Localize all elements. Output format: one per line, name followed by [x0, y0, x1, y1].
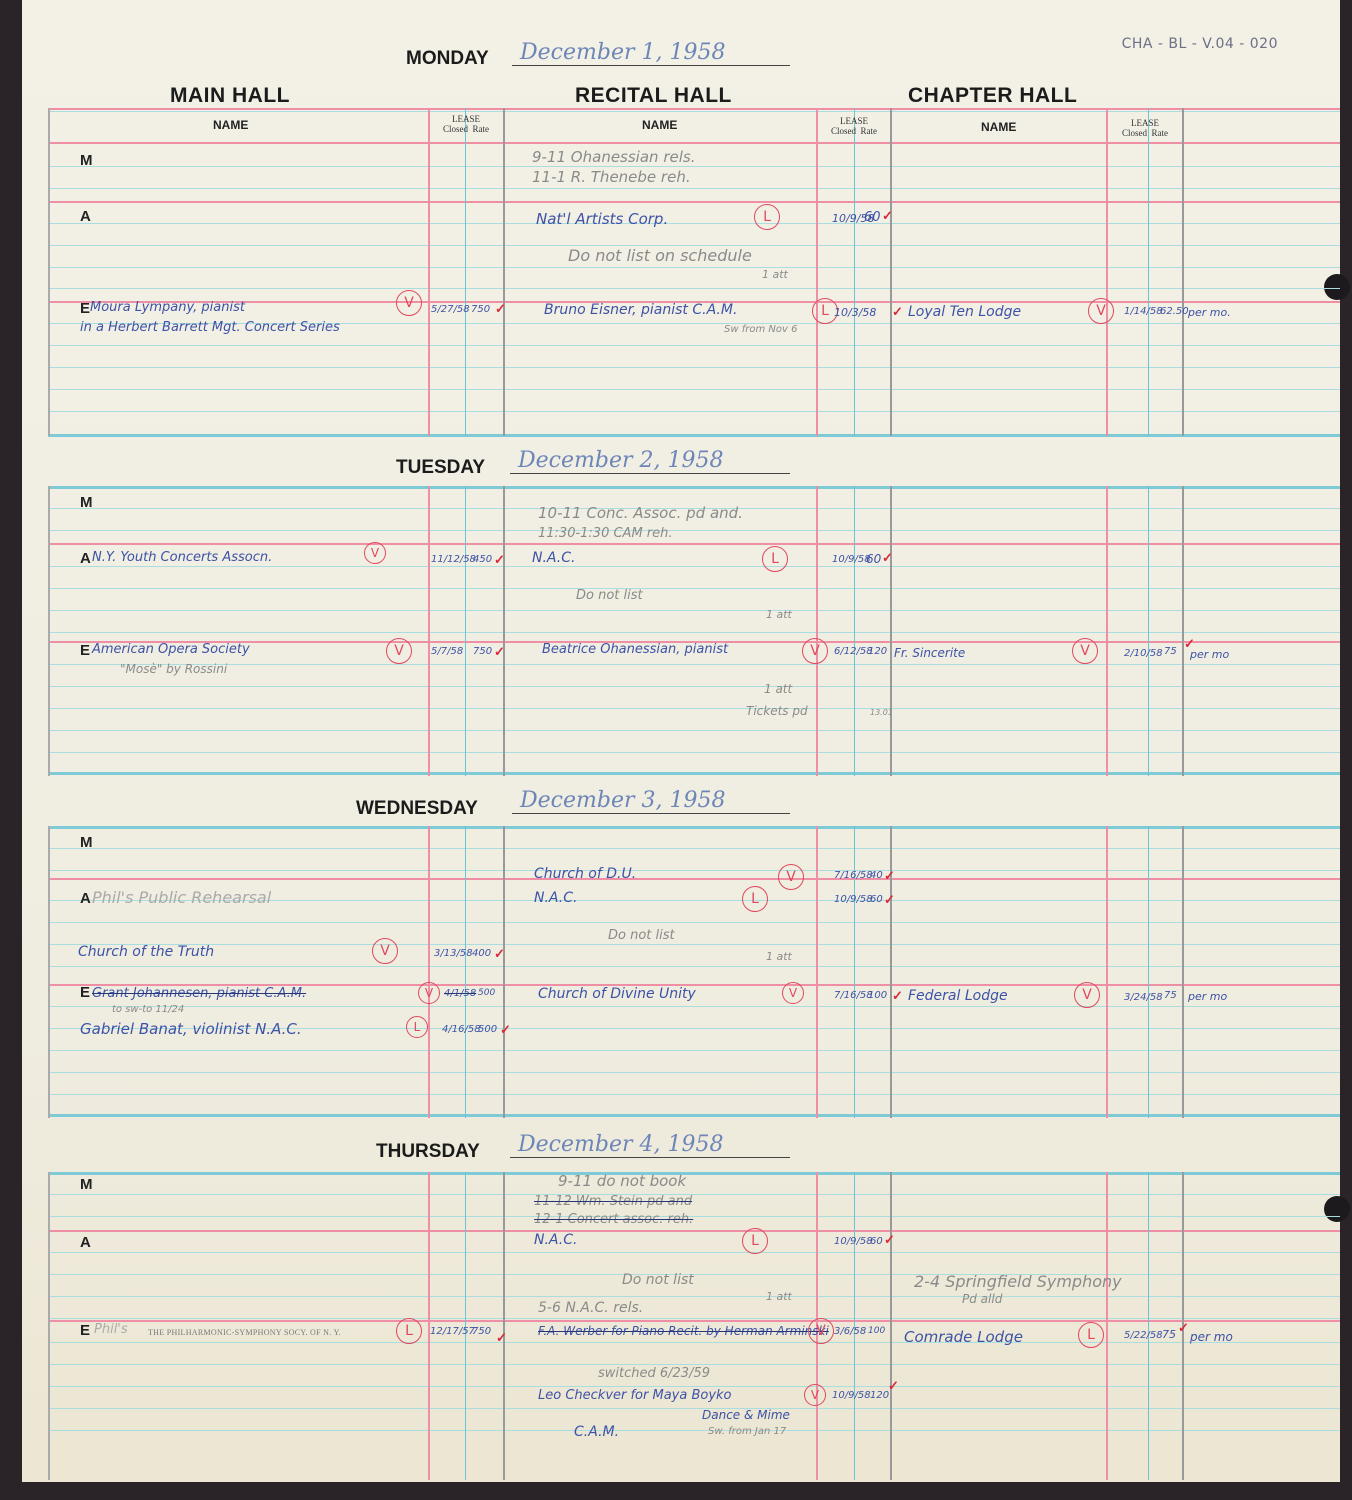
check-mark-icon: L [1078, 1322, 1104, 1348]
booking-name: Leo Checkver for Maya Boyko [538, 1388, 732, 1403]
booking-subtitle: Dance & Mime [702, 1408, 790, 1422]
day-date: December 2, 1958 [510, 448, 790, 474]
recital-hall-heading: RECITAL HALL [575, 84, 732, 108]
lease-rate: 60 [866, 552, 881, 566]
attendant-note: 1 att [762, 268, 788, 281]
booking-note: Pd alld [962, 1292, 1002, 1306]
check-mark-icon: V [396, 290, 422, 316]
lease-closed: 2/10/58 [1124, 648, 1163, 659]
lease-header: LEASEClosed Rate [1110, 118, 1180, 138]
lease-closed: 7/16/58 [834, 870, 873, 881]
lease-rate: 750 [473, 646, 492, 657]
lease-rate: 75 [1164, 646, 1177, 657]
booking-name: Fr. Sincerite [894, 646, 965, 660]
lease-rate: 75 [1164, 990, 1177, 1001]
row-label-evening: E [80, 1322, 90, 1339]
check-mark-icon: V [418, 982, 440, 1004]
lease-header: LEASEClosed Rate [431, 114, 501, 134]
booking-name: American Opera Society [92, 642, 250, 657]
rate-period: per mo. [1188, 306, 1231, 319]
booking-note: in a Herbert Barrett Mgt. Concert Series [80, 320, 340, 335]
booking-name: Loyal Ten Lodge [908, 304, 1021, 320]
tick-icon: ✓ [892, 304, 903, 320]
tick-icon: ✓ [884, 868, 895, 884]
day-section-tuesday: M A E N.Y. Youth Concerts Assocn. V 11/1… [48, 486, 1340, 776]
row-label-morning: M [80, 1176, 93, 1193]
schedule-note-struck: 11-12 Wm. Stein pd and [534, 1194, 692, 1209]
booking-name: Church of the Truth [78, 944, 214, 960]
lease-closed: 12/17/57 [430, 1326, 475, 1337]
check-mark-icon: V [782, 982, 804, 1004]
schedule-note: 9-11 do not book [558, 1172, 686, 1190]
check-mark-icon: L [742, 1228, 768, 1254]
row-label-morning: M [80, 494, 93, 511]
check-mark-icon: L [396, 1318, 422, 1344]
tick-icon: ✓ [888, 1378, 899, 1394]
lease-closed: 6/12/58 [834, 646, 873, 657]
booking-name: Gabriel Banat, violinist N.A.C. [80, 1020, 302, 1038]
booking-note: Do not list [622, 1272, 694, 1288]
booking-note: Sw. from Jan 17 [708, 1426, 786, 1437]
booking-note: "Mosè" by Rossini [120, 662, 227, 676]
lease-rate: 60 [864, 210, 881, 225]
booking-name: N.A.C. [532, 550, 575, 566]
check-mark-icon: V [1072, 638, 1098, 664]
lease-closed: 1/14/58 [1124, 306, 1163, 317]
lease-closed: 11/12/58 [431, 554, 476, 565]
check-mark-icon: L [406, 1016, 428, 1038]
row-label-evening: E [80, 984, 90, 1001]
main-hall-heading: MAIN HALL [170, 84, 290, 108]
booking-name: Bruno Eisner, pianist C.A.M. [544, 302, 737, 318]
lease-closed: 10/9/58 [832, 1390, 871, 1401]
check-mark-icon: V [808, 1318, 834, 1344]
booking-note: switched 6/23/59 [598, 1366, 710, 1381]
lease-rate: 75 [1162, 1328, 1176, 1341]
lease-rate: 450 [473, 554, 492, 565]
booking-org: C.A.M. [574, 1424, 619, 1440]
lease-closed: 3/13/58 [434, 948, 473, 959]
check-mark-icon: V [364, 542, 386, 564]
tick-icon: ✓ [496, 1330, 507, 1346]
check-mark-icon: L [754, 204, 780, 230]
booking-note: Sw from Nov 6 [724, 324, 797, 335]
booking-note: Do not list on schedule [568, 246, 752, 265]
lease-header: LEASEClosed Rate [819, 116, 889, 136]
booking-name: 2-4 Springfield Symphony [914, 1272, 1122, 1291]
booking-name: Phil's [94, 1322, 128, 1337]
lease-closed: 3/6/58 [834, 1326, 866, 1337]
booking-name: Nat'l Artists Corp. [536, 210, 668, 228]
booking-note: to sw-to 11/24 [112, 1004, 184, 1015]
row-label-afternoon: A [80, 890, 91, 907]
booking-note: Do not list [576, 588, 643, 603]
booking-note: Do not list [608, 928, 675, 943]
lease-rate: 100 [868, 1326, 885, 1336]
check-mark-icon: V [1088, 298, 1114, 324]
column-header-name: NAME [642, 118, 677, 132]
row-label-afternoon: A [80, 208, 91, 225]
lease-rate: 500 [478, 1024, 497, 1035]
lease-rate: 750 [471, 304, 490, 315]
day-section-monday: NAME LEASEClosed Rate NAME LEASEClosed R… [48, 108, 1340, 436]
booking-name: Moura Lympany, pianist [90, 300, 245, 315]
column-header-name: NAME [213, 118, 248, 132]
day-label: THURSDAY [376, 1141, 480, 1163]
booking-name-struck: Grant Johannesen, pianist C.A.M. [92, 986, 306, 1001]
row-label-afternoon: A [80, 1234, 91, 1251]
check-mark-icon: V [372, 938, 398, 964]
tick-icon: ✓ [884, 1232, 895, 1248]
tick-icon: ✓ [500, 1022, 511, 1038]
tick-icon: ✓ [884, 892, 895, 908]
lease-closed: 10/9/58 [832, 554, 871, 565]
check-mark-icon: V [778, 864, 804, 890]
row-label-evening: E [80, 300, 90, 317]
day-date: December 4, 1958 [510, 1132, 790, 1158]
lease-closed: 10/9/58 [834, 1236, 873, 1247]
booking-name: Federal Lodge [908, 988, 1008, 1004]
check-mark-icon: V [804, 1384, 826, 1406]
booking-name: N.A.C. [534, 890, 577, 906]
day-date: December 1, 1958 [512, 40, 790, 66]
booking-name: Phil's Public Rehearsal [92, 888, 271, 907]
day-label: WEDNESDAY [356, 798, 478, 820]
lease-closed: 10/3/58 [834, 306, 876, 319]
column-header-name: NAME [981, 120, 1016, 134]
day-section-wednesday: M A E Phil's Public Rehearsal Church of … [48, 826, 1340, 1118]
lease-rate: 500 [478, 988, 495, 998]
lease-closed: 5/22/58 [1124, 1330, 1163, 1341]
day-label: TUESDAY [396, 457, 485, 479]
row-label-afternoon: A [80, 550, 91, 567]
day-section-thursday: M A E Phil's THE PHILHARMONIC-SYMPHONY S… [48, 1172, 1340, 1480]
lease-closed: 10/9/58 [834, 894, 873, 905]
booking-name: N.A.C. [534, 1232, 577, 1248]
row-label-morning: M [80, 834, 93, 851]
lease-closed: 4/16/58 [442, 1024, 481, 1035]
row-label-evening: E [80, 642, 90, 659]
tick-icon: ✓ [495, 301, 506, 317]
lease-rate: 120 [870, 1390, 889, 1401]
chapter-hall-heading: CHAPTER HALL [908, 84, 1077, 108]
booking-name: Comrade Lodge [904, 1328, 1023, 1346]
lease-closed: 4/1/58 [444, 988, 476, 999]
tick-icon: ✓ [882, 550, 893, 566]
check-mark-icon: V [1074, 982, 1100, 1008]
booking-name: Church of D.U. [534, 866, 636, 882]
attendant-note: 1 att [766, 950, 792, 963]
lease-rate: 120 [868, 646, 887, 657]
lease-closed: 3/24/58 [1124, 992, 1163, 1003]
attendant-note: 1 att [764, 682, 792, 696]
tick-icon: ✓ [494, 552, 505, 568]
tick-icon: ✓ [882, 208, 893, 224]
schedule-note: 5-6 N.A.C. rels. [538, 1300, 643, 1316]
lease-rate: 60 [870, 894, 883, 905]
lease-rate: 62.50 [1160, 306, 1189, 317]
lease-rate: 60 [870, 1236, 883, 1247]
check-mark-icon: V [386, 638, 412, 664]
day-label: MONDAY [406, 48, 489, 70]
schedule-note: 11:30-1:30 CAM reh. [538, 526, 673, 541]
tick-icon: ✓ [494, 946, 505, 962]
attendant-note: 1 att [766, 1290, 792, 1303]
check-mark-icon: L [762, 546, 788, 572]
check-mark-icon: L [742, 886, 768, 912]
booking-note: Tickets pd [746, 704, 808, 718]
booking-name: Church of Divine Unity [538, 986, 696, 1002]
rubber-stamp: THE PHILHARMONIC-SYMPHONY SOCY. OF N. Y. [148, 1328, 341, 1337]
lease-rate: 100 [868, 990, 887, 1001]
schedule-note: 9-11 Ohanessian rels. [532, 148, 695, 166]
rate-period: per mo [1190, 648, 1229, 661]
booking-name: Beatrice Ohanessian, pianist [542, 642, 728, 657]
lease-rate: 750 [472, 1326, 491, 1337]
lease-rate: 40 [870, 870, 883, 881]
tick-icon: ✓ [892, 988, 903, 1004]
rate-period: per mo [1188, 990, 1227, 1003]
ticket-amount: 13.01 [870, 708, 893, 717]
lease-closed: 5/7/58 [431, 646, 463, 657]
row-label-morning: M [80, 152, 93, 169]
ledger-page: CHA - BL - V.04 - 020 MAIN HALL RECITAL … [22, 0, 1340, 1482]
check-mark-icon: V [802, 638, 828, 664]
document-id: CHA - BL - V.04 - 020 [1122, 36, 1278, 52]
booking-name-struck: F.A. Werber for Piano Recit. by Herman A… [538, 1324, 829, 1338]
rate-period: per mo [1190, 1330, 1233, 1344]
tick-icon: ✓ [494, 644, 505, 660]
schedule-note: 10-11 Conc. Assoc. pd and. [538, 504, 743, 522]
attendant-note: 1 att [766, 608, 792, 621]
day-date: December 3, 1958 [512, 788, 790, 814]
lease-rate: 400 [472, 948, 491, 959]
schedule-note-struck: 12-1 Concert assoc. reh. [534, 1212, 693, 1227]
tick-icon: ✓ [1178, 1320, 1189, 1336]
lease-closed: 5/27/58 [431, 304, 470, 315]
booking-name: N.Y. Youth Concerts Assocn. [92, 550, 272, 565]
schedule-note: 11-1 R. Thenebe reh. [532, 168, 691, 186]
lease-closed: 7/16/58 [834, 990, 873, 1001]
